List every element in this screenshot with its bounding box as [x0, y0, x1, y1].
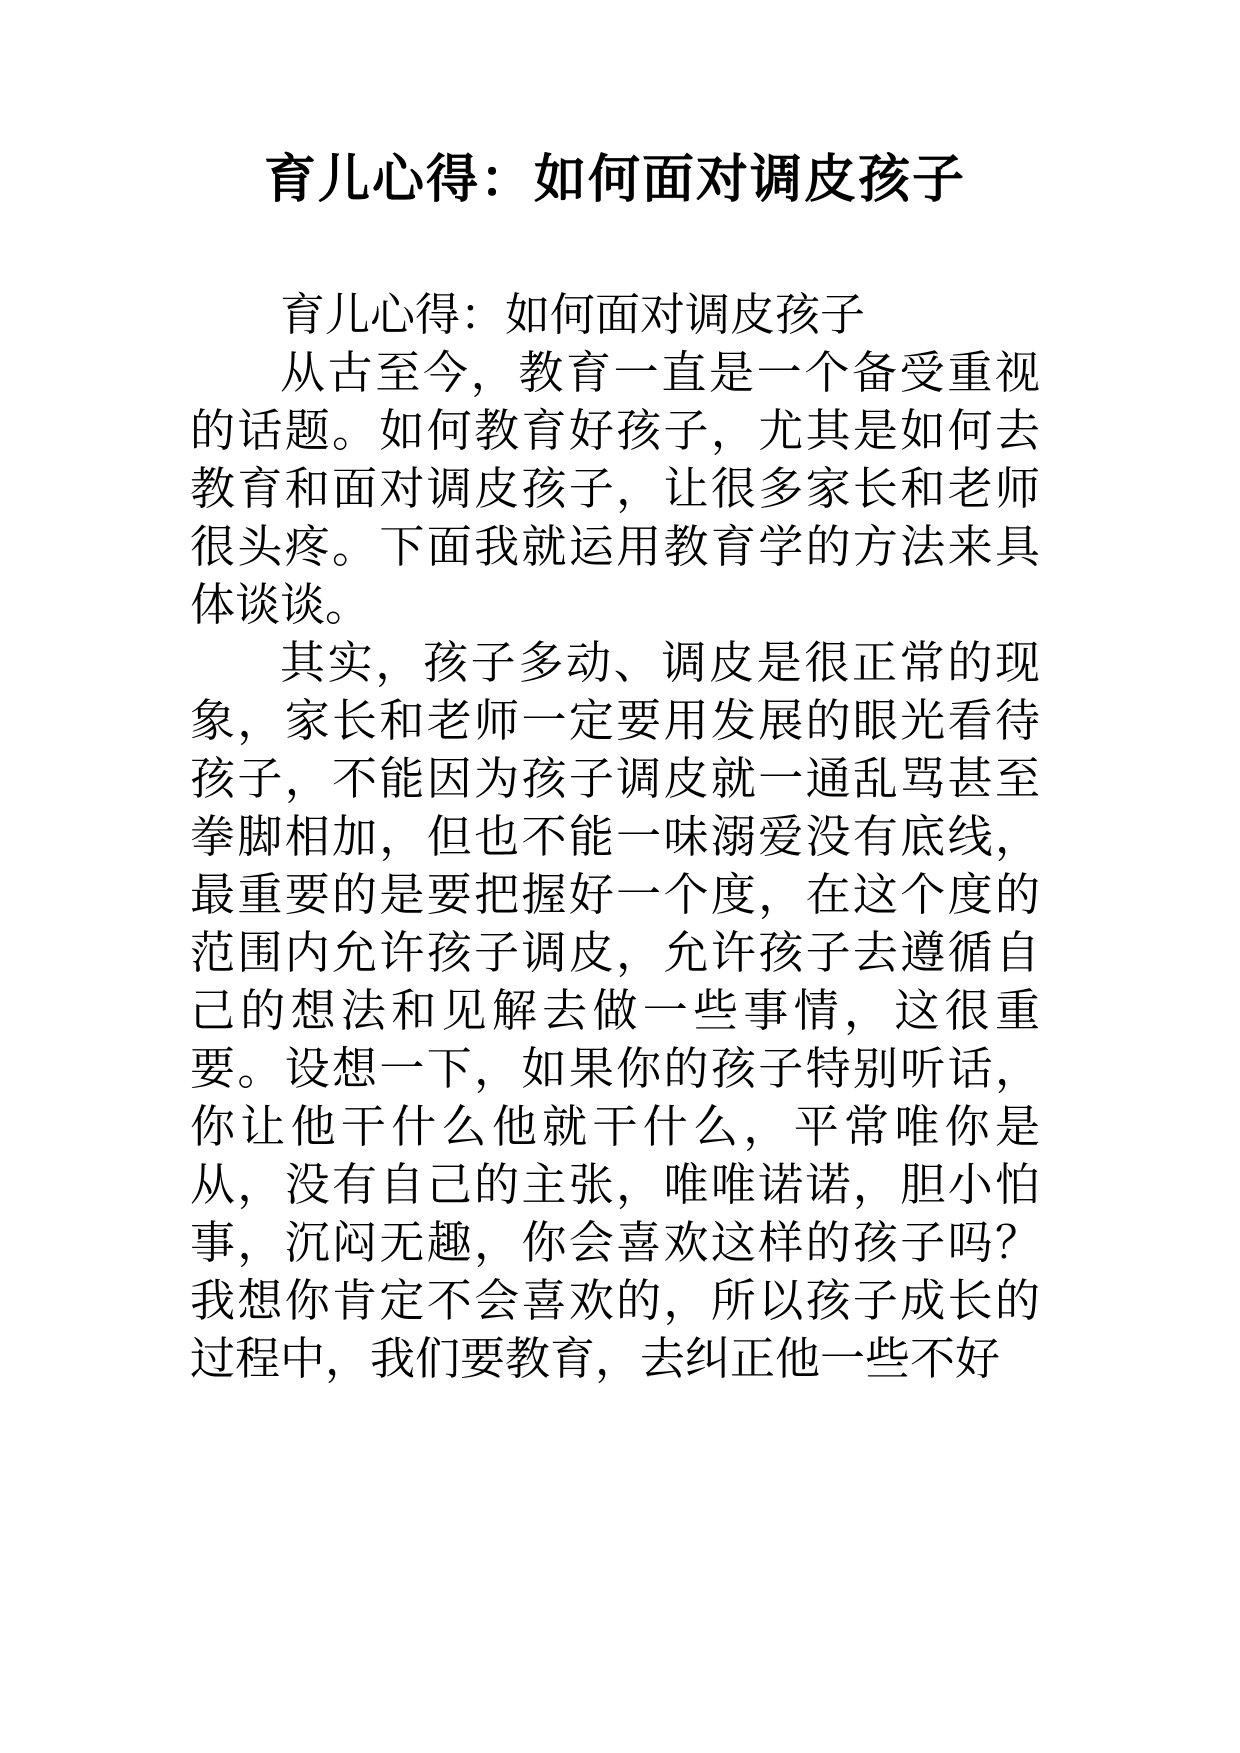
document-body: 育儿心得：如何面对调皮孩子 从古至今，教育一直是一个备受重视的话题。如何教育好孩… — [190, 286, 1040, 1388]
document-page: 育儿心得：如何面对调皮孩子 育儿心得：如何面对调皮孩子 从古至今，教育一直是一个… — [0, 0, 1240, 1753]
paragraph-intro: 从古至今，教育一直是一个备受重视的话题。如何教育好孩子，尤其是如何去教育和面对调… — [190, 344, 1040, 634]
paragraph-title-line: 育儿心得：如何面对调皮孩子 — [190, 286, 1040, 344]
document-title: 育儿心得：如何面对调皮孩子 — [190, 146, 1040, 214]
paragraph-main: 其实，孩子多动、调皮是很正常的现象，家长和老师一定要用发展的眼光看待孩子，不能因… — [190, 634, 1040, 1388]
